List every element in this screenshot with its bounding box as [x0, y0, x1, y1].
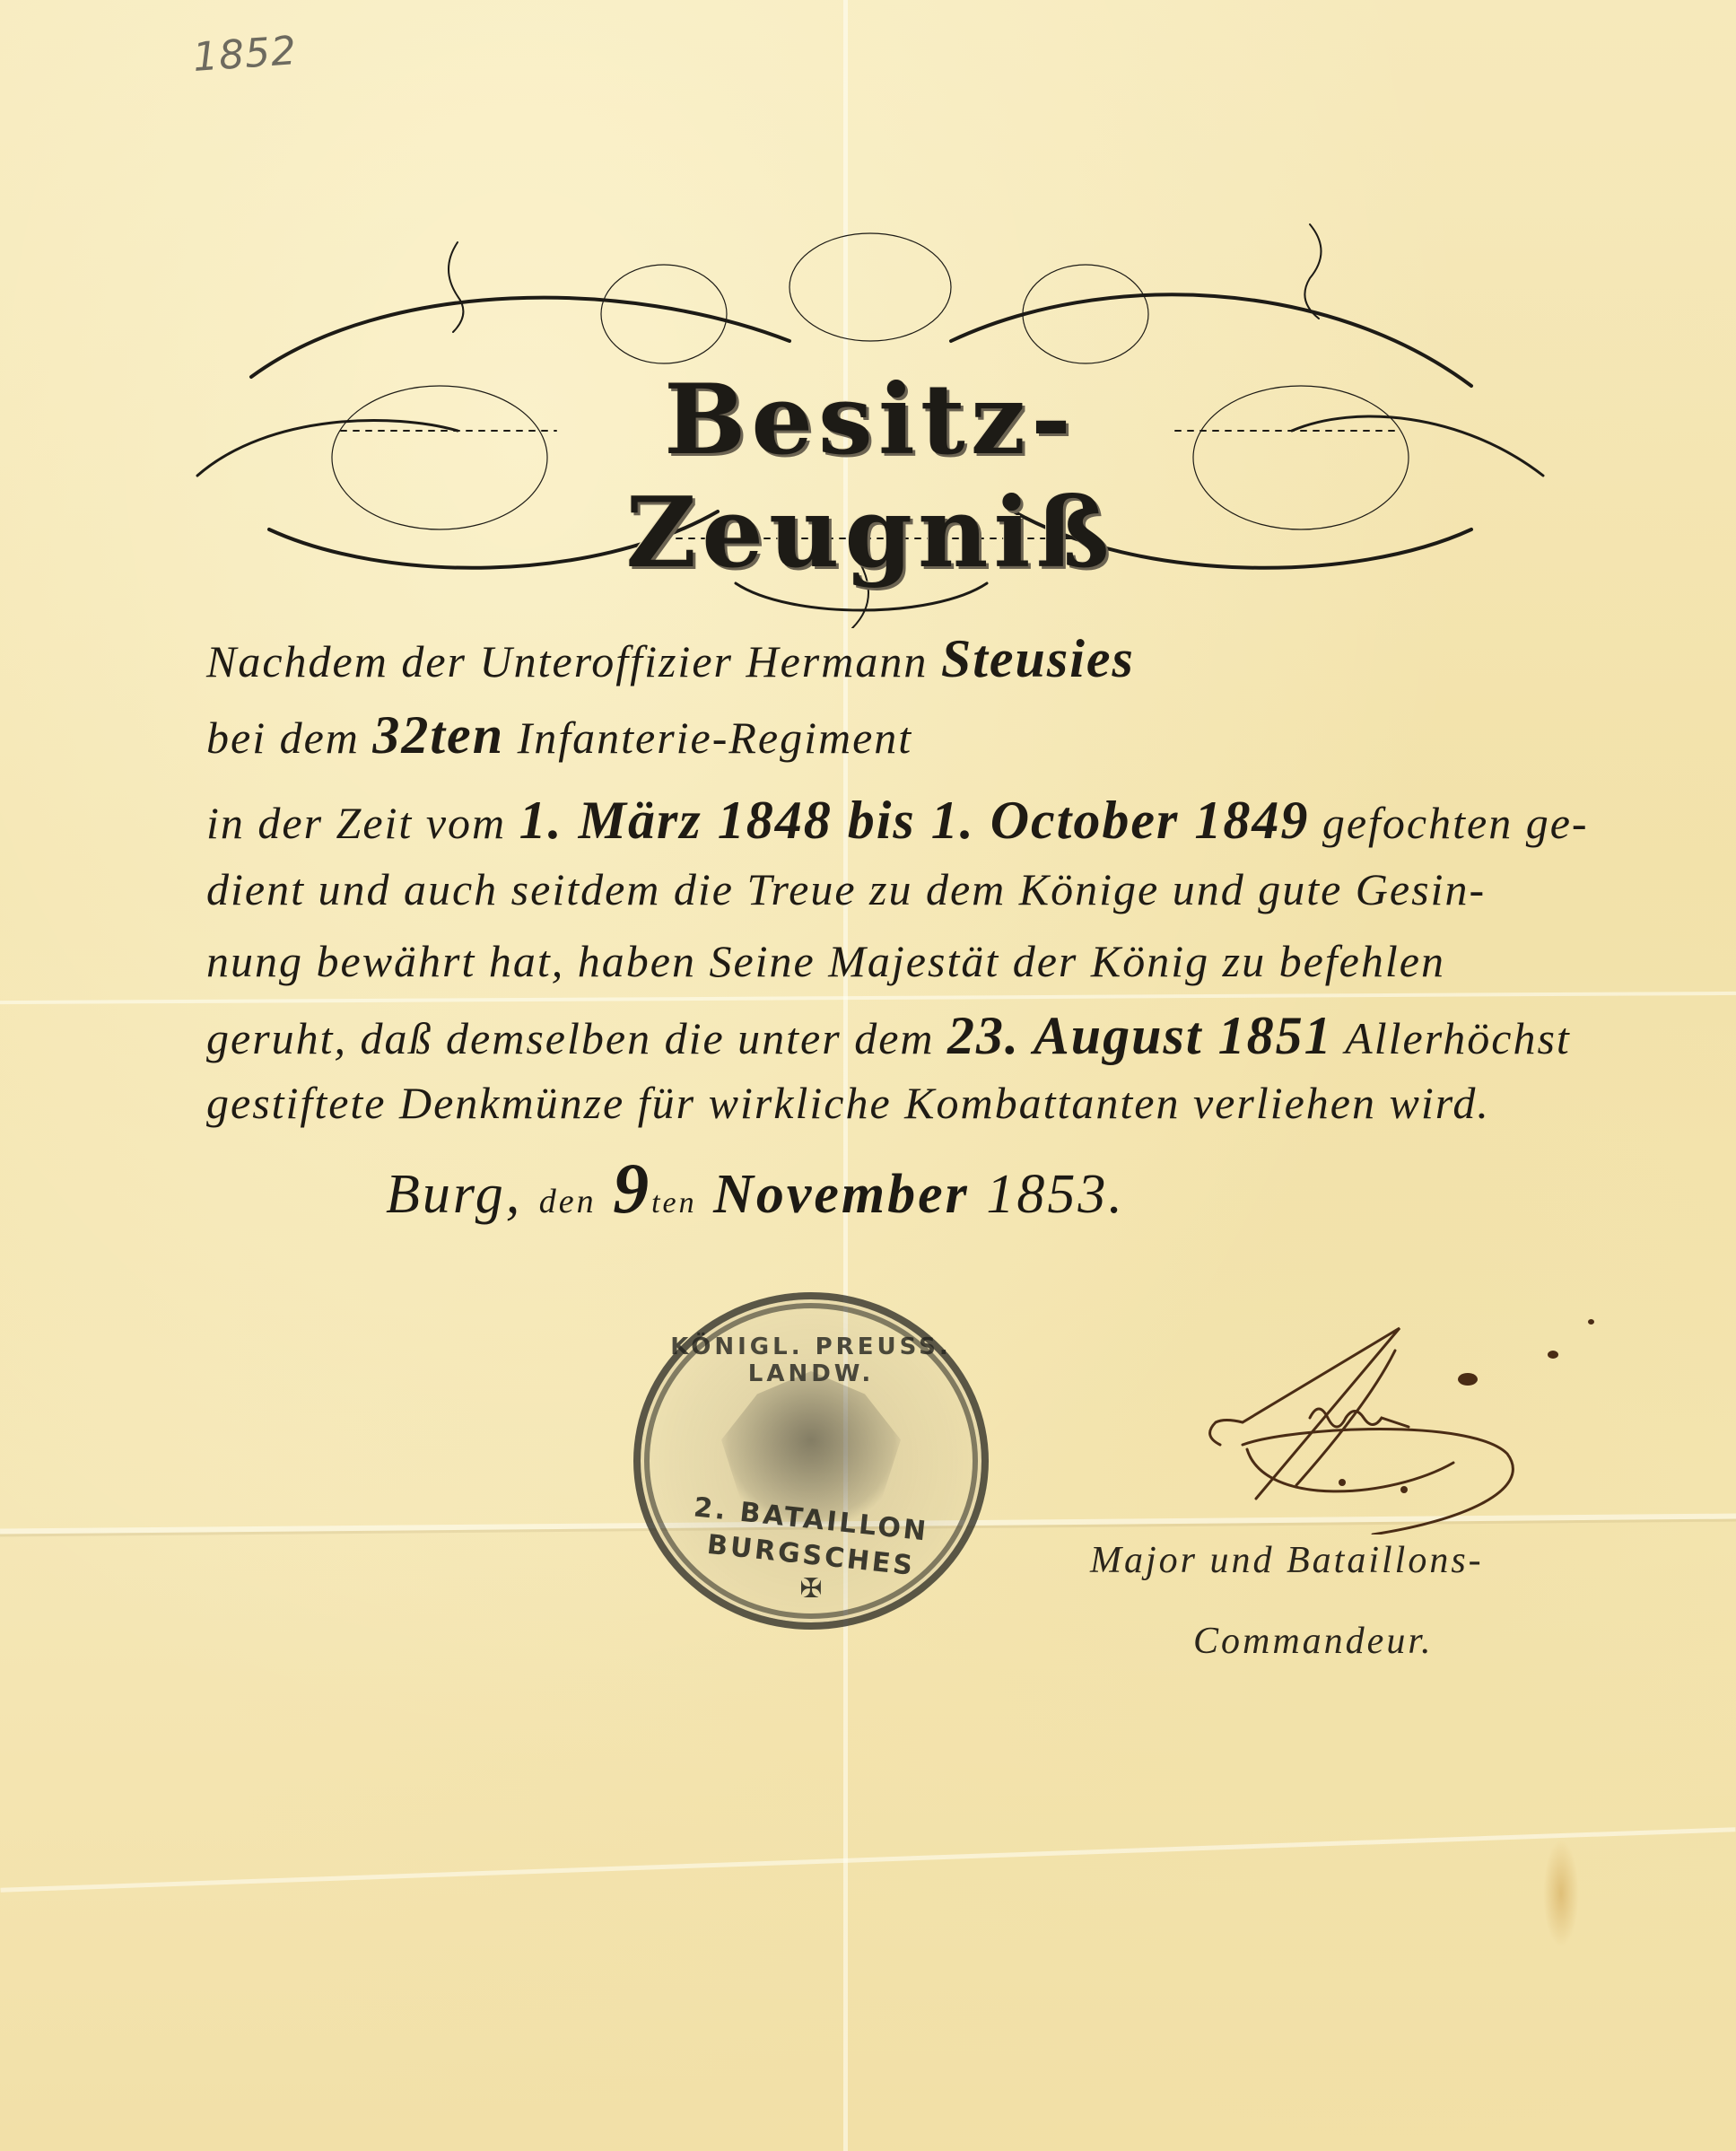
soldier-surname: Steusies: [941, 629, 1135, 688]
lower-crease: [1, 1827, 1736, 1893]
paper-stain: [1543, 1840, 1579, 1947]
pencil-annotation: 1852: [191, 28, 298, 81]
ink-blot: [1458, 1373, 1478, 1386]
place: Burg,: [386, 1164, 522, 1225]
line-text: bei dem: [206, 713, 372, 763]
ink-blot: [1548, 1351, 1558, 1359]
decree-date: 23. August 1851: [947, 1006, 1333, 1065]
body-line-6: geruht, daß demselben die unter dem 23. …: [206, 1005, 1571, 1067]
line-text: Nachdem der: [206, 636, 480, 686]
date-year: 1853.: [986, 1164, 1125, 1225]
body-line-7: gestiftete Denkmünze für wirkliche Komba…: [206, 1077, 1490, 1129]
signatory-title-line2: Commandeur.: [1193, 1620, 1434, 1663]
spacer: [928, 636, 941, 686]
body-line-5: nung bewährt hat, haben Seine Majestät d…: [206, 935, 1445, 987]
signatory-title-line1: Major und Bataillons-: [1090, 1539, 1484, 1582]
rank-name: Unteroffizier Hermann: [480, 636, 929, 686]
date-month: November: [713, 1164, 970, 1225]
date-day: 9: [613, 1150, 651, 1229]
line-text: gefochten ge-: [1309, 798, 1588, 848]
body-line-2: bei dem 32ten Infanterie-Regiment: [206, 704, 912, 766]
body-line-4: dient und auch seitdem die Treue zu dem …: [206, 863, 1486, 915]
body-line-3: in der Zeit vom 1. März 1848 bis 1. Octo…: [206, 790, 1589, 852]
document-title: Besitz-Zeugniß: [502, 363, 1238, 590]
line-text: in der Zeit vom: [206, 798, 519, 848]
date-article: den: [539, 1183, 597, 1220]
official-seal: KÖNIGL. PREUSS. LANDW. 2. BATAILLON BURG…: [633, 1292, 989, 1630]
document-page: 1852 Besitz-Zeugniß Nachdem der Unte: [0, 0, 1736, 2151]
middle-crease: [0, 992, 1736, 1004]
date-day-suffix: ten: [651, 1186, 697, 1220]
service-period: 1. März 1848 bis 1. October 1849: [519, 791, 1310, 850]
iron-cross-icon: ✠: [641, 1573, 981, 1605]
ink-blot: [1588, 1319, 1594, 1325]
regiment-name: Infanterie-Regiment: [504, 713, 912, 763]
line-text: Allerhöchst: [1333, 1013, 1571, 1063]
signature-icon: [1166, 1310, 1543, 1535]
line-text: geruht, daß demselben die unter dem: [206, 1013, 947, 1063]
place-date-line: Burg, den 9ten November 1853.: [386, 1149, 1125, 1230]
body-line-1: Nachdem der Unteroffizier Hermann Steusi…: [206, 628, 1135, 690]
regiment-number: 32ten: [372, 705, 504, 765]
